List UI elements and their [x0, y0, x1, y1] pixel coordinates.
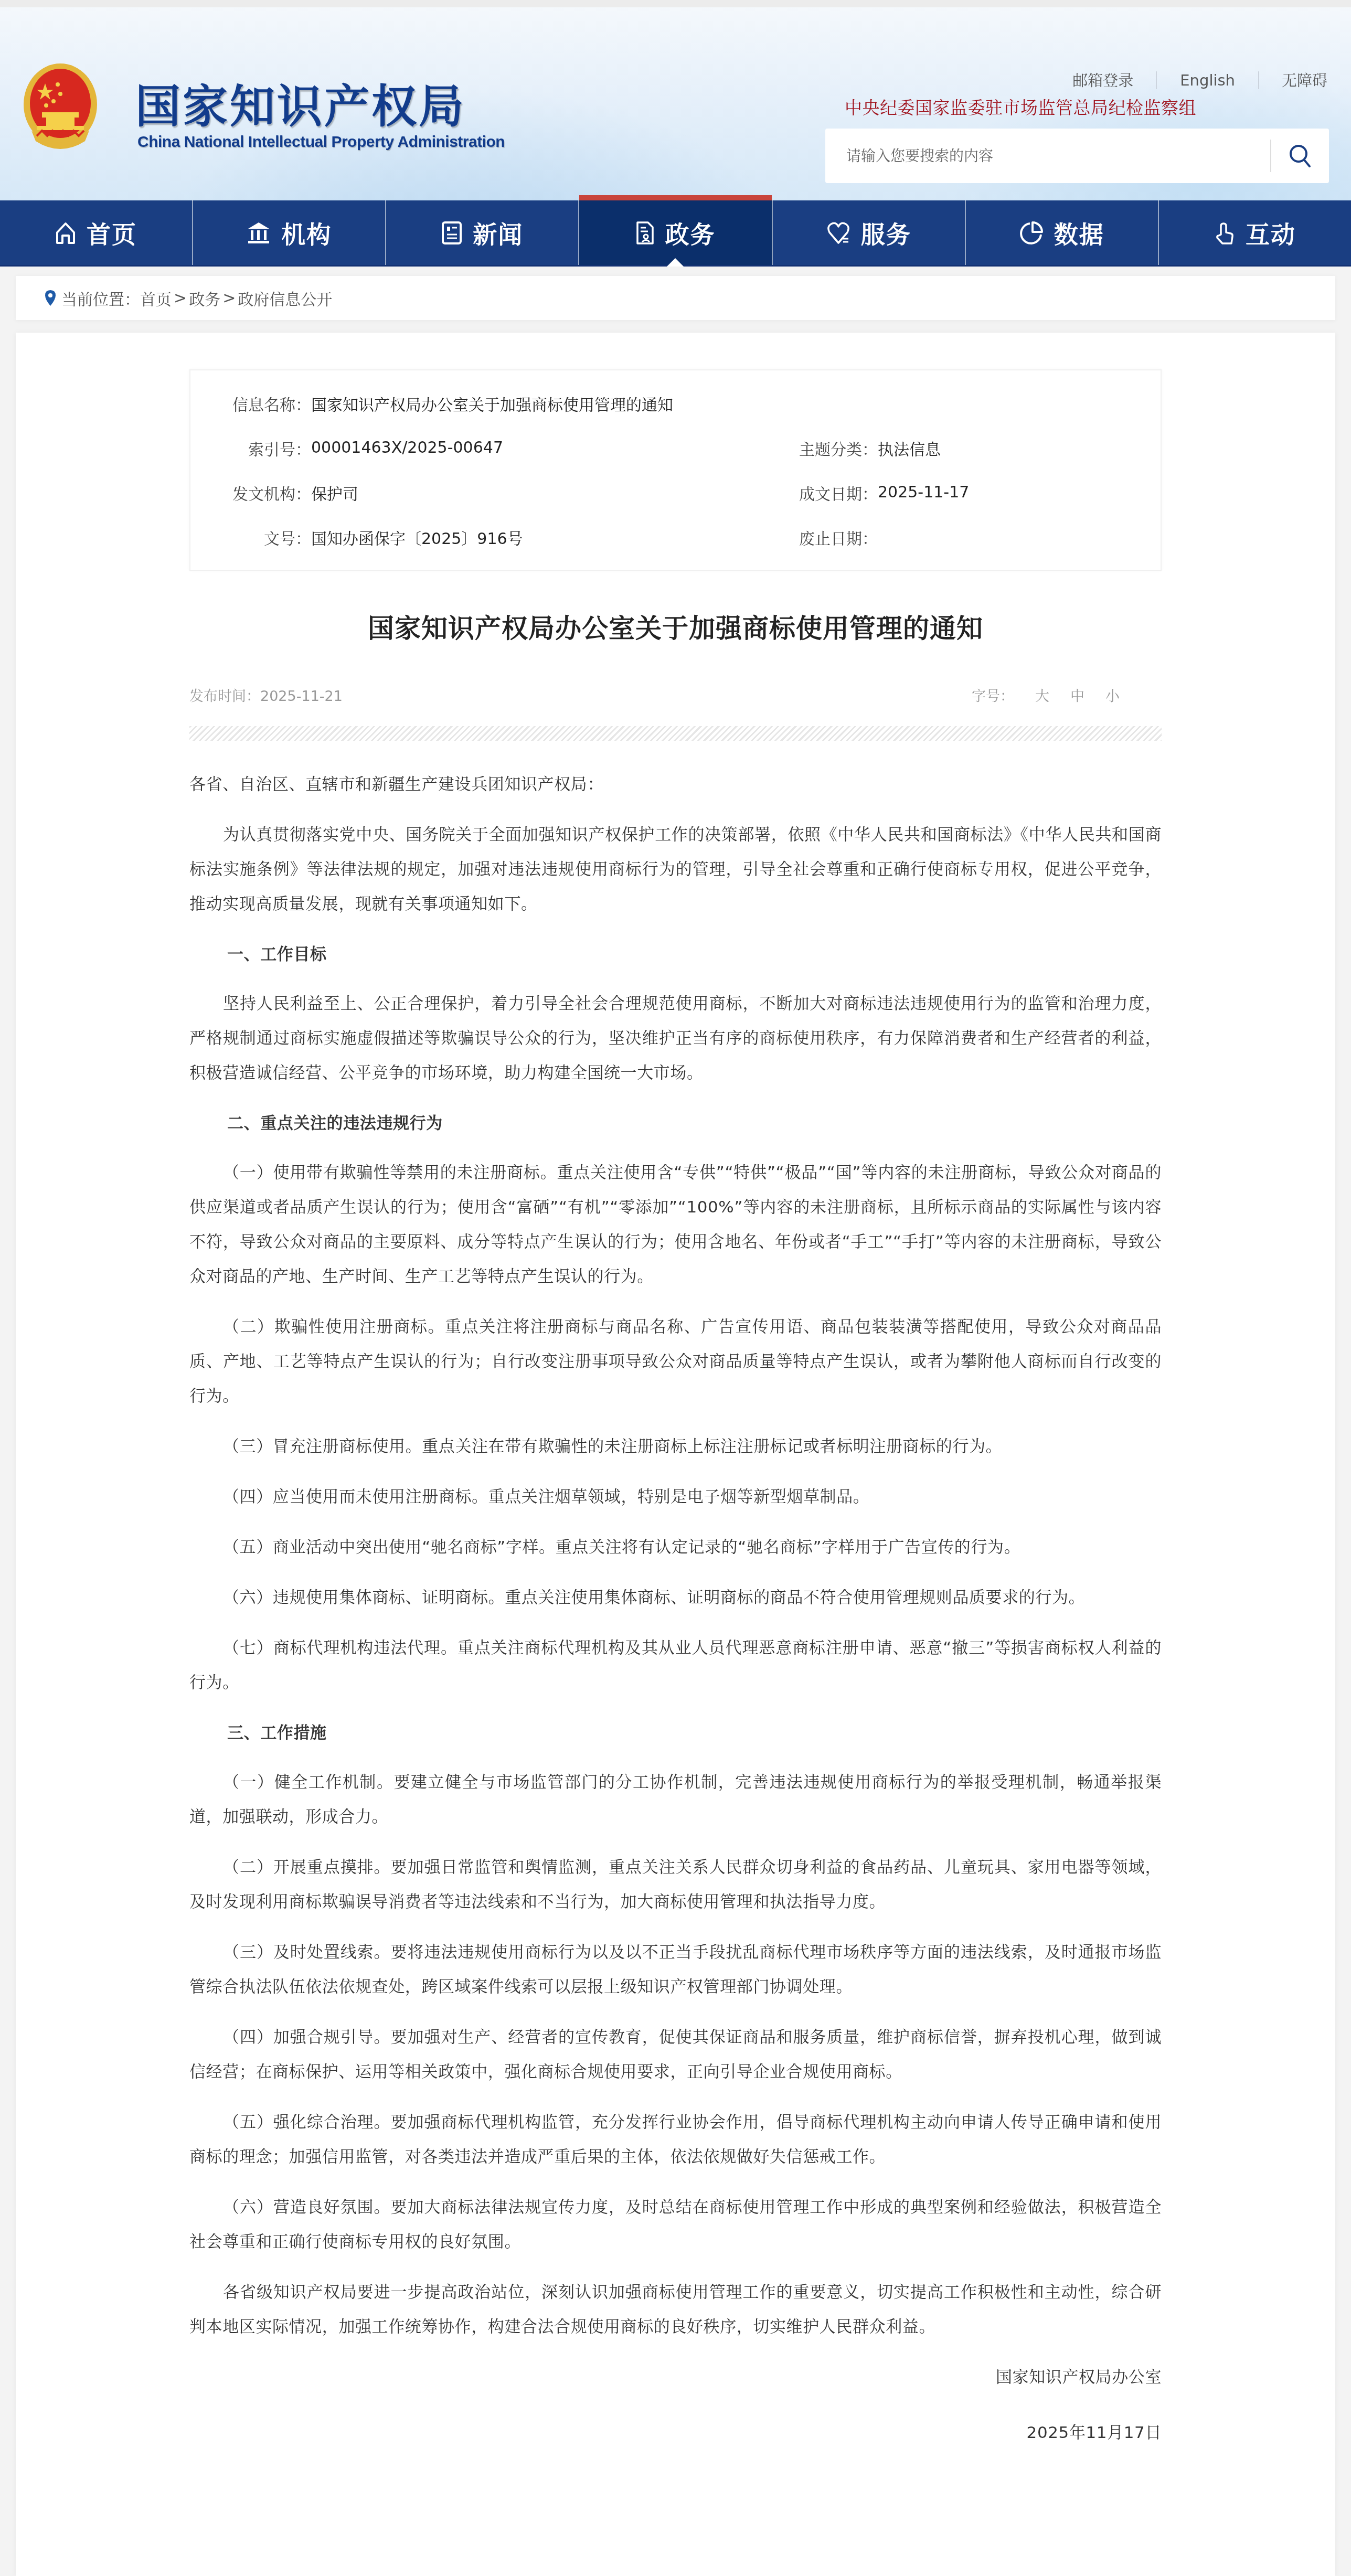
meta-label: 成文日期： — [786, 481, 878, 504]
font-size-label: 字号： — [972, 685, 1014, 705]
meta-value: 国家知识产权局办公室关于加强商标使用管理的通知 — [311, 392, 673, 415]
nav-label: 机构 — [281, 216, 332, 250]
top-links: 邮箱登录 English 无障碍 — [1072, 69, 1327, 91]
meta-issuer: 发文机构： 保护司 — [190, 481, 786, 504]
meta-index: 索引号： 00001463X/2025-00647 — [190, 437, 786, 460]
metadata-table: 信息名称： 国家知识产权局办公室关于加强商标使用管理的通知 索引号： 00001… — [189, 369, 1162, 571]
institution-icon — [247, 221, 271, 245]
meta-label: 索引号： — [190, 437, 311, 460]
section-heading: 三、工作措施 — [189, 1716, 1162, 1750]
meta-row: 信息名称： 国家知识产权局办公室关于加强商标使用管理的通知 — [190, 381, 1161, 425]
meta-value: 00001463X/2025-00647 — [311, 439, 503, 457]
nav-item-service[interactable]: 服务 — [773, 200, 966, 265]
discipline-inspection-link[interactable]: 中央纪委国家监委驻市场监管总局纪检监察组 — [845, 94, 1196, 119]
divider — [1156, 71, 1157, 89]
paragraph: （一）使用带有欺骗性等禁用的未注册商标。重点关注使用含“专供”“特供”“极品”“… — [189, 1155, 1162, 1294]
gov-affairs-icon — [635, 221, 654, 245]
font-size-small[interactable]: 小 — [1105, 685, 1120, 705]
english-link[interactable]: English — [1180, 71, 1235, 89]
article-title: 国家知识产权局办公室关于加强商标使用管理的通知 — [189, 608, 1162, 645]
paragraph: （一）健全工作机制。要建立健全与市场监管部门的分工协作机制，完善违法违规使用商标… — [189, 1765, 1162, 1834]
decorative-divider — [189, 726, 1162, 741]
section-heading: 二、重点关注的违法违规行为 — [189, 1106, 1162, 1141]
meta-date: 成文日期： 2025-11-17 — [786, 481, 969, 504]
site-name-en[interactable]: China National Intellectual Property Adm… — [137, 133, 505, 151]
nav-label: 新闻 — [473, 216, 523, 250]
font-size-large[interactable]: 大 — [1035, 685, 1049, 705]
breadcrumb-home[interactable]: 首页 — [140, 286, 172, 310]
paragraph: （五）强化综合治理。要加强商标代理机构监管，充分发挥行业协会作用，倡导商标代理机… — [189, 2105, 1162, 2174]
meta-row: 索引号： 00001463X/2025-00647 主题分类： 执法信息 — [190, 425, 1161, 470]
paragraph: （三）冒充注册商标使用。重点关注在带有欺骗性的未注册商标上标注注册标记或者标明注… — [189, 1429, 1162, 1464]
article-container: 信息名称： 国家知识产权局办公室关于加强商标使用管理的通知 索引号： 00001… — [16, 333, 1335, 2576]
nav-item-news[interactable]: 新闻 — [386, 200, 579, 265]
nav-item-home[interactable]: 首页 — [0, 200, 193, 265]
divider — [1258, 71, 1259, 89]
meta-label: 信息名称： — [190, 392, 311, 415]
breadcrumb: 当前位置： 首页 > 政务 > 政府信息公开 — [16, 276, 1335, 320]
breadcrumb-prefix: 当前位置： — [61, 286, 140, 310]
accessibility-link[interactable]: 无障碍 — [1282, 69, 1327, 91]
nav-label: 数据 — [1054, 216, 1104, 250]
salutation: 各省、自治区、直辖市和新疆生产建设兵团知识产权局： — [189, 767, 1162, 802]
mail-login-link[interactable]: 邮箱登录 — [1072, 69, 1133, 91]
paragraph: （六）营造良好氛围。要加大商标法律法规宣传力度，及时总结在商标使用管理工作中形成… — [189, 2190, 1162, 2259]
meta-info-name: 信息名称： 国家知识产权局办公室关于加强商标使用管理的通知 — [190, 392, 673, 415]
national-emblem-icon — [21, 62, 100, 152]
nav-label: 服务 — [861, 216, 911, 250]
paragraph: （二）欺骗性使用注册商标。重点关注将注册商标与商品名称、广告宣传用语、商品包装装… — [189, 1310, 1162, 1413]
nav-item-interact[interactable]: 互动 — [1159, 200, 1351, 265]
nav-label: 互动 — [1246, 216, 1296, 250]
meta-value: 执法信息 — [878, 437, 941, 460]
meta-label: 废止日期： — [786, 526, 878, 549]
data-icon — [1019, 221, 1044, 245]
site-name-cn[interactable]: 国家知识产权局 — [135, 70, 466, 135]
location-pin-icon — [45, 290, 56, 306]
paragraph: （二）开展重点摸排。要加强日常监管和舆情监测，重点关注关系人民群众切身利益的食品… — [189, 1850, 1162, 1919]
intro-paragraph: 为认真贯彻落实党中央、国务院关于全面加强知识产权保护工作的决策部署，依照《中华人… — [189, 817, 1162, 921]
nav-item-gov-affairs[interactable]: 政务 — [579, 200, 772, 265]
meta-row: 文号： 国知办函保字〔2025〕916号 废止日期： — [190, 515, 1161, 559]
home-icon — [55, 221, 76, 245]
nav-item-data[interactable]: 数据 — [966, 200, 1159, 265]
meta-label: 文号： — [190, 526, 311, 549]
sign-date: 2025年11月17日 — [189, 2415, 1162, 2450]
meta-label: 主题分类： — [786, 437, 878, 460]
search-icon — [1289, 143, 1312, 168]
font-size-control: 字号： 大 中 小 — [972, 685, 1120, 705]
service-icon — [826, 221, 850, 245]
meta-topic: 主题分类： 执法信息 — [786, 437, 941, 460]
paragraph: 坚持人民利益至上、公正合理保护，着力引导全社会合理规范使用商标，不断加大对商标违… — [189, 986, 1162, 1090]
article-info-bar: 发布时间：2025-11-21 字号： 大 中 小 — [189, 685, 1162, 705]
meta-docno: 文号： 国知办函保字〔2025〕916号 — [190, 526, 786, 549]
font-size-medium[interactable]: 中 — [1070, 685, 1084, 705]
news-icon — [441, 221, 462, 245]
publish-time: 发布时间：2025-11-21 — [189, 685, 343, 705]
paragraph: （六）违规使用集体商标、证明商标。重点关注使用集体商标、证明商标的商品不符合使用… — [189, 1580, 1162, 1615]
nav-label: 政务 — [665, 216, 715, 250]
paragraph: （七）商标代理机构违法代理。重点关注商标代理机构及其从业人员代理恶意商标注册申请… — [189, 1631, 1162, 1700]
nav-label: 首页 — [87, 216, 137, 250]
publish-label: 发布时间： — [189, 688, 260, 705]
publish-date: 2025-11-21 — [260, 688, 343, 705]
site-header: 国家知识产权局 China National Intellectual Prop… — [0, 0, 1351, 200]
article-body: 各省、自治区、直辖市和新疆生产建设兵团知识产权局： 为认真贯彻落实党中央、国务院… — [189, 767, 1162, 2450]
breadcrumb-info-disclosure[interactable]: 政府信息公开 — [238, 286, 332, 310]
main-nav: 首页 机构 新闻 政务 服务 数据 互动 — [0, 200, 1351, 267]
search-input[interactable] — [825, 129, 1270, 183]
meta-label: 发文机构： — [190, 481, 311, 504]
paragraph: （四）应当使用而未使用注册商标。重点关注烟草领域，特别是电子烟等新型烟草制品。 — [189, 1479, 1162, 1514]
nav-item-institution[interactable]: 机构 — [193, 200, 386, 265]
paragraph: （五）商业活动中突出使用“驰名商标”字样。重点关注将有认定记录的“驰名商标”字样… — [189, 1530, 1162, 1564]
meta-value: 国知办函保字〔2025〕916号 — [311, 526, 523, 549]
search-button[interactable] — [1271, 129, 1329, 183]
meta-row: 发文机构： 保护司 成文日期： 2025-11-17 — [190, 470, 1161, 515]
interact-icon — [1214, 221, 1235, 245]
meta-value: 2025-11-17 — [878, 483, 969, 502]
breadcrumb-separator: > — [222, 289, 236, 307]
signature: 国家知识产权局办公室 — [189, 2360, 1162, 2394]
breadcrumb-separator: > — [174, 289, 187, 307]
section-heading: 一、工作目标 — [189, 937, 1162, 972]
closing-paragraph: 各省级知识产权局要进一步提高政治站位，深刻认识加强商标使用管理工作的重要意义，切… — [189, 2275, 1162, 2344]
meta-value: 保护司 — [311, 481, 358, 504]
meta-abolish: 废止日期： — [786, 526, 878, 549]
breadcrumb-gov-affairs[interactable]: 政务 — [189, 286, 220, 310]
paragraph: （四）加强合规引导。要加强对生产、经营者的宣传教育，促使其保证商品和服务质量，维… — [189, 2020, 1162, 2089]
search-box — [825, 129, 1329, 183]
paragraph: （三）及时处置线索。要将违法违规使用商标行为以及以不正当手段扰乱商标代理市场秩序… — [189, 1935, 1162, 2004]
